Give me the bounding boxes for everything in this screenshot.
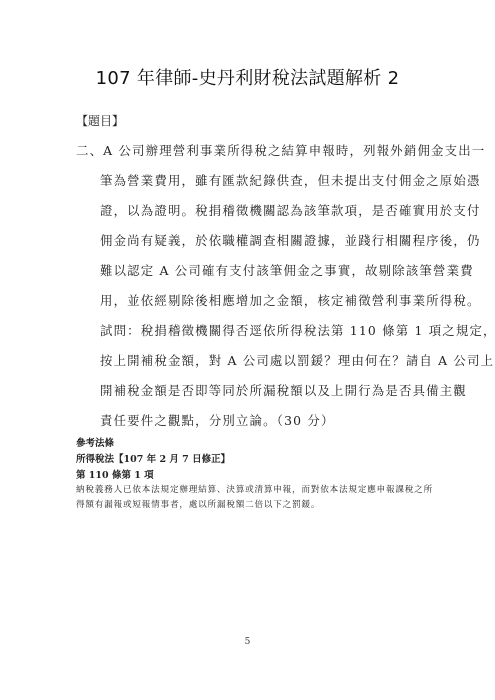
- question-line: 試問：稅捐稽徵機關得否逕依所得稅法第 110 條第 1 項之規定，: [100, 321, 495, 339]
- question-line: 二、A 公司辦理營利事業所得稅之結算申報時，列報外銷佣金支出一: [76, 141, 485, 159]
- question-line: 責任要件之觀點，分別立論。（30 分）: [100, 411, 335, 429]
- question-line: 筆為營業費用，雖有匯款紀錄供查，但未提出支付佣金之原始憑: [100, 171, 481, 189]
- reference-body-line: 納稅義務人已依本法規定辦理結算、決算或清算申報，而對依本法規定應申報課稅之所: [76, 483, 433, 495]
- page-title: 107 年律師-史丹利財稅法試題解析 2: [0, 64, 495, 90]
- reference-heading: 參考法條: [76, 435, 114, 449]
- question-line: 用，並依經剔除後相應增加之金額，核定補徵營利事業所得稅。: [100, 291, 481, 309]
- page-number: 5: [0, 637, 495, 647]
- question-line: 證，以為證明。稅捐稽徵機關認為該筆款項，是否確實用於支付: [100, 201, 481, 219]
- document-page: 107 年律師-史丹利財稅法試題解析 2 【題目】 二、A 公司辦理營利事業所得…: [0, 0, 495, 700]
- question-line: 開補稅金額是否即等同於所漏稅額以及上開行為是否具備主觀: [100, 381, 467, 399]
- reference-article: 第 110 條第 1 項: [76, 467, 154, 481]
- question-line: 按上開補稅金額，對 A 公司處以罰鍰？理由何在？請自 A 公司上: [100, 351, 494, 369]
- question-line: 難以認定 A 公司確有支付該筆佣金之事實，故剔除該筆營業費: [100, 261, 474, 279]
- reference-law-title: 所得稅法【107 年 2 月 7 日修正】: [76, 451, 230, 465]
- reference-body-line: 得額有漏報或短報情事者，處以所漏稅額二倍以下之罰鍰。: [76, 498, 320, 510]
- question-line: 佣金尚有疑義，於依職權調查相關證據，並踐行相關程序後，仍: [100, 231, 481, 249]
- section-label-question: 【題目】: [76, 112, 124, 129]
